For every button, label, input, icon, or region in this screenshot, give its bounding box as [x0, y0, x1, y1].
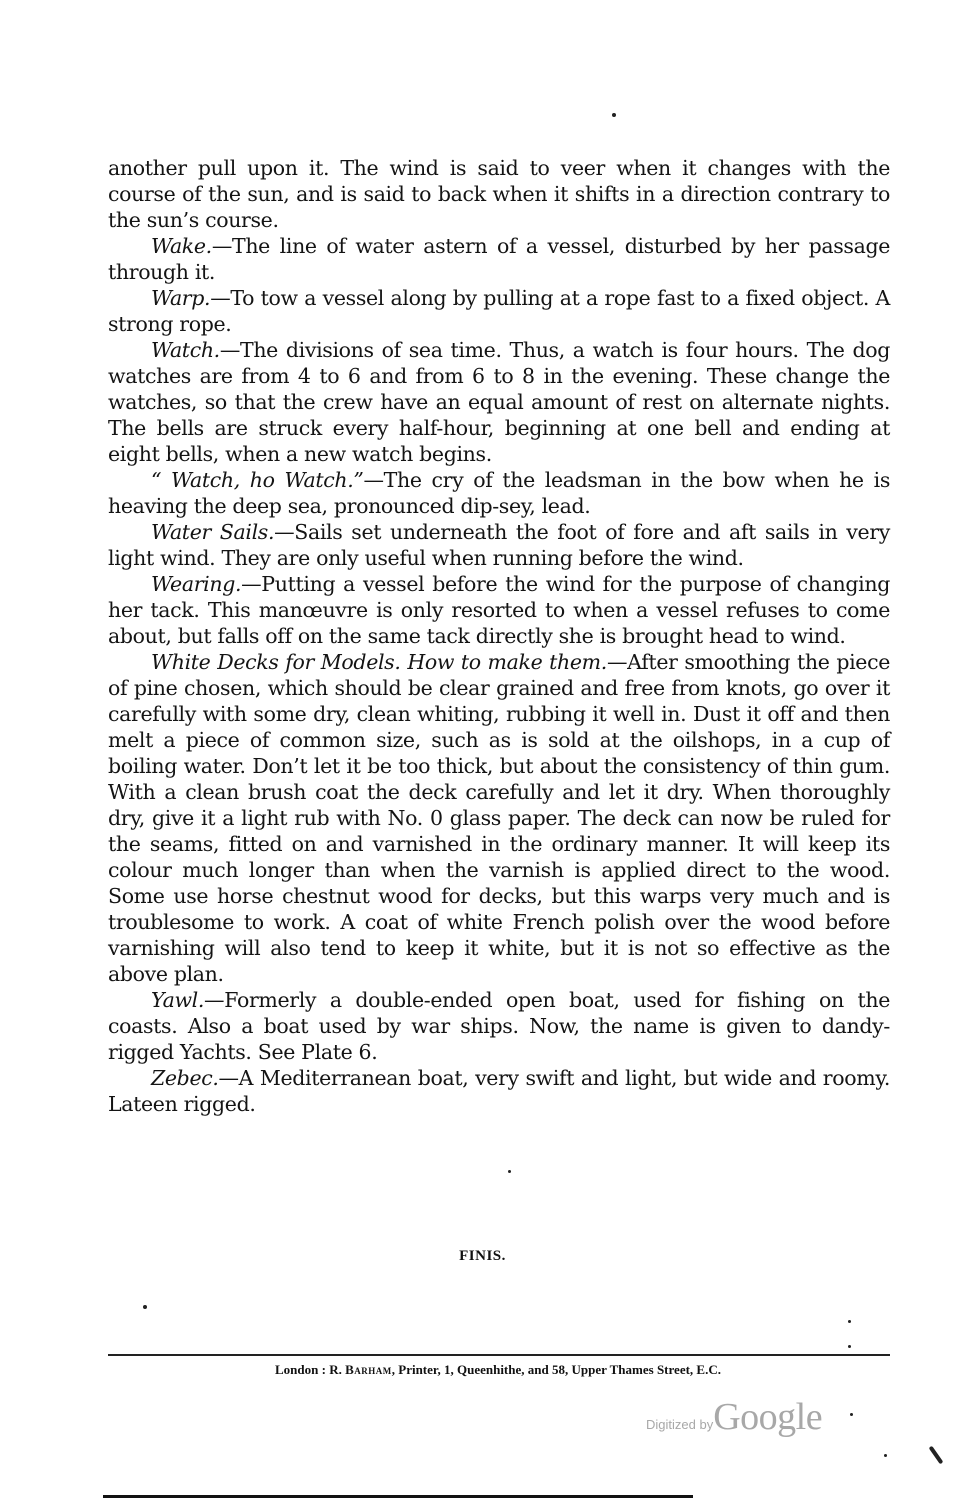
divider-rule — [108, 1354, 890, 1356]
entry-white-decks: White Decks for Models. How to make them… — [108, 649, 890, 987]
entry-definition: —Formerly a double-ended open boat, used… — [108, 988, 890, 1064]
entry-definition: —After smoothing the piece of pine chose… — [108, 650, 890, 986]
entry-definition: —The line of water astern of a vessel, d… — [108, 234, 890, 284]
entry-term: Wearing. — [151, 572, 241, 596]
paragraph-continuation: another pull upon it. The wind is said t… — [108, 155, 890, 233]
entry-zebec: Zebec.—A Mediterranean boat, very swift … — [108, 1065, 890, 1117]
finis-heading: FINIS. — [0, 1248, 965, 1265]
scan-speck — [884, 1454, 887, 1457]
entry-term: White Decks for Models. How to make them… — [151, 650, 607, 674]
imprint-prefix: London : R. — [275, 1362, 345, 1377]
entry-yawl: Yawl.—Formerly a double-ended open boat,… — [108, 987, 890, 1065]
scan-speck — [143, 1305, 147, 1309]
scan-speck — [850, 1413, 853, 1416]
watermark-prefix: Digitized by — [646, 1417, 713, 1432]
entry-definition: —The divisions of sea time. Thus, a watc… — [108, 338, 890, 466]
entry-definition: —To tow a vessel along by pulling at a r… — [108, 286, 890, 336]
entry-wearing: Wearing.—Putting a vessel before the win… — [108, 571, 890, 649]
scan-speck — [848, 1320, 851, 1323]
entry-definition: —A Mediterranean boat, very swift and li… — [108, 1066, 890, 1116]
scanned-page: another pull upon it. The wind is said t… — [0, 0, 965, 1500]
scan-speck — [612, 113, 616, 117]
entry-watch: Watch.—The divisions of sea time. Thus, … — [108, 337, 890, 467]
entry-term: “ Watch, ho Watch.” — [151, 468, 364, 492]
imprint-suffix: , Printer, 1, Queenhithe, and 58, Upper … — [392, 1362, 721, 1377]
google-logo-text: Google — [713, 1396, 822, 1438]
entry-watch-ho-watch: “ Watch, ho Watch.”—The cry of the leads… — [108, 467, 890, 519]
entry-warp: Warp.—To tow a vessel along by pulling a… — [108, 285, 890, 337]
printer-imprint: London : R. Barham, Printer, 1, Queenhit… — [0, 1362, 965, 1378]
entry-term: Warp. — [151, 286, 210, 310]
entry-term: Wake. — [151, 234, 212, 258]
entry-wake: Wake.—The line of water astern of a vess… — [108, 233, 890, 285]
entry-term: Zebec. — [151, 1066, 219, 1090]
glossary-text: another pull upon it. The wind is said t… — [108, 155, 890, 1117]
scan-speck — [508, 1170, 511, 1173]
paragraph-text: another pull upon it. The wind is said t… — [108, 156, 890, 232]
scan-speck — [848, 1345, 851, 1348]
entry-term: Yawl. — [151, 988, 204, 1012]
entry-term: Watch. — [151, 338, 220, 362]
digitized-watermark: Digitized byGoogle — [646, 1395, 822, 1439]
entry-term: Water Sails. — [151, 520, 274, 544]
page-edge-rule — [103, 1495, 693, 1498]
entry-water-sails: Water Sails.—Sails set underneath the fo… — [108, 519, 890, 571]
printer-name: Barham — [345, 1362, 392, 1377]
scan-speck — [929, 1446, 944, 1465]
